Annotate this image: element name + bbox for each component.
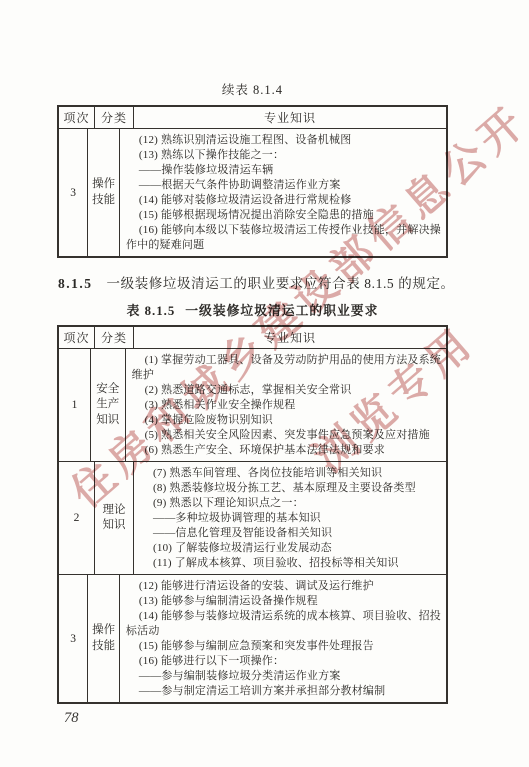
row-index-cell: 3: [59, 575, 88, 702]
text-line: ——多种垃圾协调管理的基本知识: [140, 511, 441, 526]
table-815-caption: 表 8.1.5一级装修垃圾清运工的职业要求: [57, 300, 448, 319]
table-row: 3 操作技能 (12) 熟练识别清运设施工程图、设备机械图(13) 熟练以下操作…: [59, 128, 446, 256]
text-line: 操作: [92, 623, 115, 639]
text-line: (15) 能够参与编制应急预案和突发事件处理报告: [126, 639, 441, 654]
row-knowledge-cell: (7) 熟悉车间管理、各岗位技能培训等相关知识(8) 熟悉装修垃圾分拣工艺、基本…: [134, 462, 446, 574]
row-index-cell: 1: [59, 349, 91, 461]
table-row: 2 理论知识 (7) 熟悉车间管理、各岗位技能培训等相关知识(8) 熟悉装修垃圾…: [59, 461, 446, 574]
text-line: 技能: [92, 639, 115, 655]
column-header-knowledge: 专业知识: [134, 107, 446, 128]
clause-number: 8.1.5: [58, 276, 93, 291]
text-line: (5) 熟悉相关安全风险因素、突发事件应急预案及应对措施: [132, 428, 441, 443]
table-815-caption-label: 表 8.1.5: [127, 304, 176, 318]
document-page: 住房和城乡建设部信息公开 浏览专用 续表 8.1.4 项次 分类 专业知识 3 …: [0, 0, 529, 767]
table-row: 3 操作技能 (12) 能够进行清运设备的安装、调试及运行维护(13) 能够参与…: [59, 574, 446, 702]
column-header-category: 分类: [95, 327, 134, 348]
text-line: 知识: [96, 413, 119, 429]
text-line: 维护: [132, 368, 441, 383]
text-line: (16) 能够向本级以下装修垃圾清运工传授作业技能，并解决操: [126, 223, 441, 238]
text-line: 操作: [92, 177, 115, 193]
page-number: 78: [64, 710, 79, 727]
row-category-cell: 安全生产知识: [91, 349, 126, 461]
row-category-cell: 操作技能: [88, 129, 120, 256]
text-line: 生产: [96, 397, 119, 413]
text-line: (16) 能够进行以下一项操作：: [126, 654, 441, 669]
row-category-cell: 理论知识: [95, 462, 134, 574]
row-knowledge-cell: (1) 掌握劳动工器具、设备及劳动防护用品的使用方法及系统维护(2) 熟悉道路交…: [126, 349, 446, 461]
column-header-index: 项次: [59, 107, 95, 128]
text-line: (12) 熟练识别清运设施工程图、设备机械图: [126, 133, 441, 148]
text-line: (2) 熟悉道路交通标志，掌握相关安全常识: [132, 383, 441, 398]
row-knowledge-cell: (12) 熟练识别清运设施工程图、设备机械图(13) 熟练以下操作技能之一：——…: [120, 129, 446, 256]
text-line: ——参与编制装修垃圾分类清运作业方案: [126, 669, 441, 684]
table-header-row: 项次 分类 专业知识: [59, 107, 446, 128]
text-line: (10) 了解装修垃圾清运行业发展动态: [140, 541, 441, 556]
text-line: 安全: [96, 382, 119, 398]
text-line: (14) 能够对装修垃圾清运设备进行常规检修: [126, 193, 441, 208]
text-line: (12) 能够进行清运设备的安装、调试及运行维护: [126, 579, 441, 594]
text-line: ——操作装修垃圾清运车辆: [126, 163, 441, 178]
text-line: 技能: [92, 193, 115, 209]
table-815-caption-text: 一级装修垃圾清运工的职业要求: [185, 304, 378, 318]
text-line: 标活动: [126, 624, 441, 639]
column-header-knowledge: 专业知识: [134, 327, 446, 348]
text-line: (13) 能够参与编制清运设备操作规程: [126, 594, 441, 609]
text-line: (7) 熟悉车间管理、各岗位技能培训等相关知识: [140, 466, 441, 481]
row-index-cell: 2: [59, 462, 95, 574]
text-line: (14) 能够参与装修垃圾清运系统的成本核算、项目验收、招投: [126, 609, 441, 624]
text-line: (11) 了解成本核算、项目验收、招投标等相关知识: [140, 556, 441, 571]
text-line: (4) 掌握危险废物识别知识: [132, 413, 441, 428]
column-header-index: 项次: [59, 327, 95, 348]
row-knowledge-cell: (12) 能够进行清运设备的安装、调试及运行维护(13) 能够参与编制清运设备操…: [120, 575, 446, 702]
table-row: 1 安全生产知识 (1) 掌握劳动工器具、设备及劳动防护用品的使用方法及系统维护…: [59, 348, 446, 461]
text-line: 知识: [103, 518, 126, 534]
continued-table-814: 项次 分类 专业知识 3 操作技能 (12) 熟练识别清运设施工程图、设备机械图…: [57, 105, 448, 258]
text-line: ——根据天气条件协助调整清运作业方案: [126, 178, 441, 193]
row-category-cell: 操作技能: [88, 575, 120, 702]
clause-text: 一级装修垃圾清运工的职业要求应符合表 8.1.5 的规定。: [107, 276, 455, 291]
continued-table-caption: 续表 8.1.4: [57, 80, 448, 98]
text-line: (3) 熟悉相关作业安全操作规程: [132, 398, 441, 413]
text-line: (13) 熟练以下操作技能之一：: [126, 148, 441, 163]
text-line: 理论: [103, 503, 126, 519]
text-line: (8) 熟悉装修垃圾分拣工艺、基本原理及主要设备类型: [140, 481, 441, 496]
column-header-category: 分类: [95, 107, 134, 128]
clause-paragraph: 8.1.5一级装修垃圾清运工的职业要求应符合表 8.1.5 的规定。: [58, 272, 466, 292]
text-line: ——信息化管理及智能设备相关知识: [140, 526, 441, 541]
table-header-row: 项次 分类 专业知识: [59, 327, 446, 348]
table-815: 项次 分类 专业知识 1 安全生产知识 (1) 掌握劳动工器具、设备及劳动防护用…: [57, 325, 448, 704]
text-line: (1) 掌握劳动工器具、设备及劳动防护用品的使用方法及系统: [132, 353, 441, 368]
text-line: (6) 熟悉生产安全、环境保护基本法律法规和要求: [132, 443, 441, 458]
text-line: ——参与制定清运工培训方案并承担部分教材编制: [126, 684, 441, 699]
row-index-cell: 3: [59, 129, 88, 256]
text-line: 作中的疑难问题: [126, 238, 441, 253]
text-line: (9) 熟悉以下理论知识点之一：: [140, 496, 441, 511]
text-line: (15) 能够根据现场情况提出消除安全隐患的措施: [126, 208, 441, 223]
